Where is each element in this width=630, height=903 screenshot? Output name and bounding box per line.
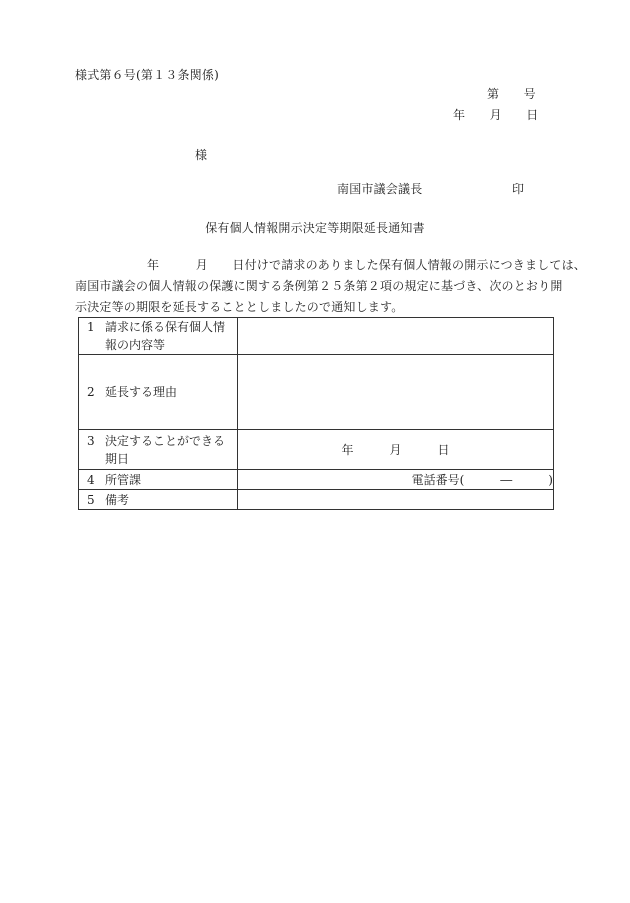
sender-title: 南国市議会議長: [337, 180, 422, 197]
row1-value-cell: [238, 318, 554, 355]
row3-label: 決定することができる期日: [105, 432, 233, 468]
row5-number: 5: [79, 491, 105, 509]
table-row-2: 2 延長する理由: [79, 355, 554, 430]
row3-label-cell: 3 決定することができる期日: [79, 430, 238, 470]
addressee-honorific: 様: [195, 146, 207, 163]
document-page: 様式第６号(第１３条関係) 第 号 年 月 日 様 南国市議会議長 印 保有個人…: [0, 0, 630, 903]
table-row-4: 4 所管課 電話番号( ― ): [79, 470, 554, 490]
row2-number: 2: [79, 383, 105, 401]
document-number-blank: 第 号: [487, 85, 536, 102]
row1-number: 1: [79, 318, 105, 336]
row5-label: 備考: [105, 491, 233, 509]
issue-date-blank: 年 月 日: [453, 106, 538, 123]
row2-value-cell: [238, 355, 554, 430]
body-line-3: 示決定等の期限を延長することとしましたので通知します。: [75, 297, 585, 318]
table-row-5: 5 備考: [79, 490, 554, 510]
seal-placeholder: 印: [512, 180, 524, 197]
body-line-1: 年 月 日付けで請求のありました保有個人情報の開示につきましては、: [75, 255, 585, 276]
body-paragraph: 年 月 日付けで請求のありました保有個人情報の開示につきましては、 南国市議会の…: [75, 255, 585, 318]
row3-number: 3: [79, 432, 105, 450]
row1-label: 請求に係る保有個人情報の内容等: [105, 318, 233, 354]
row4-value-cell: 電話番号( ― ): [238, 470, 554, 490]
row2-label: 延長する理由: [105, 383, 233, 401]
row5-value-cell: [238, 490, 554, 510]
row3-value-cell: 年 月 日: [238, 430, 554, 470]
row1-label-cell: 1 請求に係る保有個人情報の内容等: [79, 318, 238, 355]
form-number-label: 様式第６号(第１３条関係): [75, 66, 219, 83]
row4-label-cell: 4 所管課: [79, 470, 238, 490]
row4-label: 所管課: [105, 471, 233, 489]
form-table: 1 請求に係る保有個人情報の内容等 2 延長する理由 3 決定することができる期…: [78, 317, 554, 510]
table-row-1: 1 請求に係る保有個人情報の内容等: [79, 318, 554, 355]
row4-number: 4: [79, 471, 105, 489]
row2-label-cell: 2 延長する理由: [79, 355, 238, 430]
document-title: 保有個人情報開示決定等期限延長通知書: [0, 219, 630, 236]
row5-label-cell: 5 備考: [79, 490, 238, 510]
table-row-3: 3 決定することができる期日 年 月 日: [79, 430, 554, 470]
body-line-2: 南国市議会の個人情報の保護に関する条例第２５条第２項の規定に基づき、次のとおり開: [75, 276, 585, 297]
